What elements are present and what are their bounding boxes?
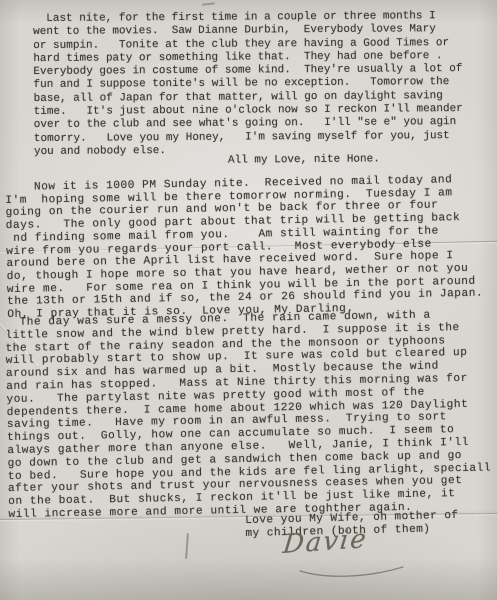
handwritten-signature: Davie (282, 524, 370, 560)
letter-paragraph-3: The day was sure a messy one. The rain c… (5, 309, 492, 522)
scanned-letter: { "colors": { "paper": "#d9d6d1", "ink":… (0, 0, 497, 600)
letter-paragraph-2: Now it is 1000 PM Sunday nite. Received … (5, 174, 483, 322)
signature-flourish (298, 563, 408, 583)
mid-letter-signoff: All my Love, nite Hone. (228, 153, 380, 166)
letter-paragraph-1: Last nite, for the first time in a coupl… (33, 10, 463, 159)
